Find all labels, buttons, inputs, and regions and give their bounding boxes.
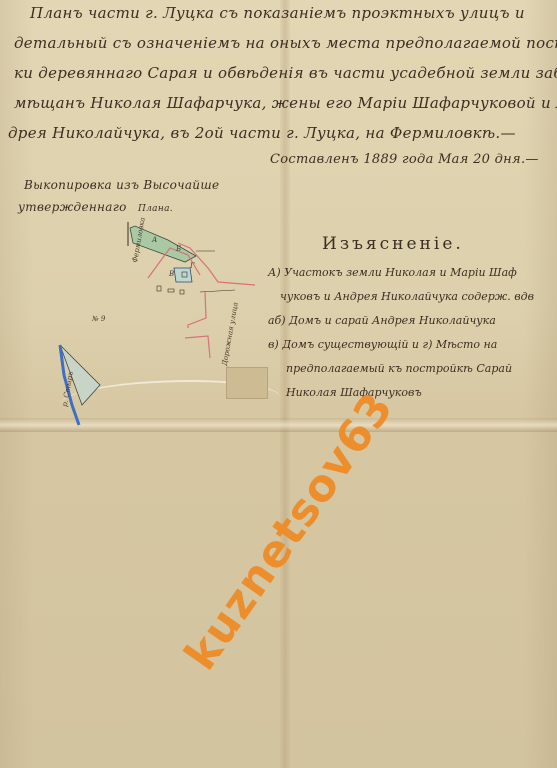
title-line-1: Планъ части г. Луцка съ показаніемъ проэ… bbox=[30, 4, 525, 22]
plot-letter-v: В bbox=[169, 270, 174, 278]
legend-row: А) Участокъ земли Николая и Маріи Шаф bbox=[268, 266, 517, 279]
plot-letter-b: Б bbox=[176, 245, 181, 253]
legend-row: чуковъ и Андрея Николайчука содерж. вдв bbox=[280, 290, 534, 303]
legend-row: в) Домъ существующій и г) Мѣсто на bbox=[268, 338, 497, 351]
plot-letter-g: Г bbox=[190, 262, 195, 270]
legend-title: Изъясненіе. bbox=[322, 234, 464, 254]
title-line-5: дрея Николайчука, въ 2ой части г. Луцка,… bbox=[8, 124, 516, 142]
title-line-3: ки деревяннаго Сарая и обвѣденія въ част… bbox=[14, 64, 557, 82]
legend-row: аб) Домъ и сарай Андрея Николайчука bbox=[268, 314, 496, 327]
extract-note-line-1: Выкопировка изъ Высочайше bbox=[24, 178, 219, 192]
title-line-4: мѣщанъ Николая Шафарчука, жены его Маріи… bbox=[14, 94, 557, 112]
extract-note-plan-word: Плана. bbox=[138, 204, 173, 214]
extract-note-line-2: утвержденнаго bbox=[18, 200, 127, 214]
plot-letter-a: А bbox=[152, 236, 157, 244]
number-mark: № 9 bbox=[92, 315, 105, 323]
legend-row: предполагаемый къ постройкѣ Сарай bbox=[286, 362, 512, 375]
paper-patch bbox=[226, 367, 268, 399]
house-building bbox=[174, 268, 192, 282]
compiled-date: Составленъ 1889 года Мая 20 дня.— bbox=[270, 152, 539, 167]
title-line-2: детальный съ означеніемъ на оныхъ места … bbox=[14, 34, 557, 52]
vertical-fold-crease bbox=[280, 0, 290, 768]
